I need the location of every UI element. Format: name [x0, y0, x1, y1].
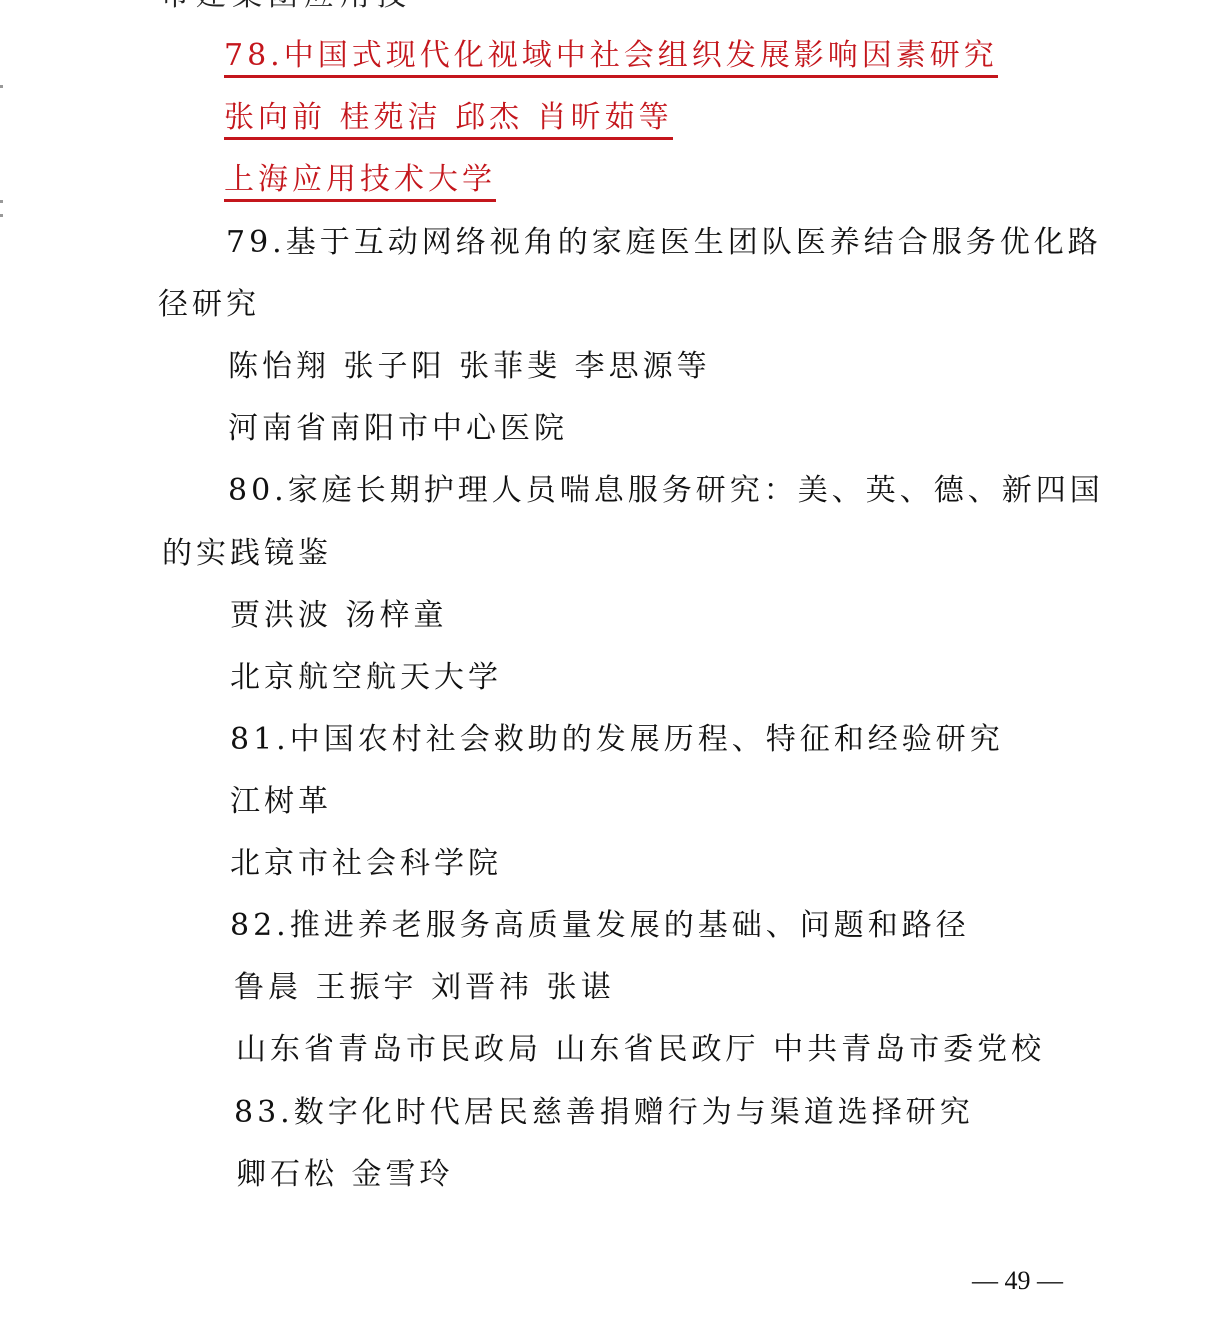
entry-79-authors: 陈怡翔 张子阳 张菲斐 李思源等	[228, 349, 711, 385]
entry-83-title: 83.数字化时代居民慈善捐赠行为与渠道选择研究	[234, 1095, 974, 1131]
margin-mark	[0, 85, 3, 88]
margin-mark	[0, 214, 3, 217]
entry-80-institution: 北京航空航天大学	[230, 660, 502, 696]
entry-82-authors: 鲁晨 王振宇 刘晋祎 张谌	[234, 970, 615, 1006]
entry-78-institution: 上海应用技术大学	[224, 162, 496, 198]
clipped-previous-line: 市建集团应用技	[160, 0, 412, 14]
entry-82-title: 82.推进养老服务高质量发展的基础、问题和路径	[230, 908, 970, 944]
entry-81-title: 81.中国农村社会救助的发展历程、特征和经验研究	[230, 722, 1004, 758]
entry-83-authors: 卿石松 金雪玲	[236, 1157, 454, 1193]
entry-79-title: 79.基于互动网络视角的家庭医生团队医养结合服务优化路	[226, 225, 1102, 261]
entry-79-title-cont: 径研究	[158, 287, 260, 323]
entry-80-title: 80.家庭长期护理人员喘息服务研究：美、英、德、新四国	[228, 473, 1104, 509]
entry-81-institution: 北京市社会科学院	[230, 846, 502, 882]
entry-79-institution: 河南省南阳市中心医院	[228, 411, 568, 447]
entry-82-institution: 山东省青岛市民政局 山东省民政厅 中共青岛市委党校	[236, 1032, 1045, 1068]
margin-mark	[0, 200, 3, 203]
entry-78-authors: 张向前 桂苑洁 邱杰 肖昕茹等	[224, 100, 673, 136]
entry-81-authors: 江树革	[230, 784, 332, 820]
page-number: — 49 —	[972, 1266, 1063, 1296]
entry-80-title-cont: 的实践镜鉴	[162, 536, 332, 572]
entry-80-authors: 贾洪波 汤梓童	[230, 598, 448, 634]
entry-78-title: 78.中国式现代化视域中社会组织发展影响因素研究	[224, 38, 998, 74]
